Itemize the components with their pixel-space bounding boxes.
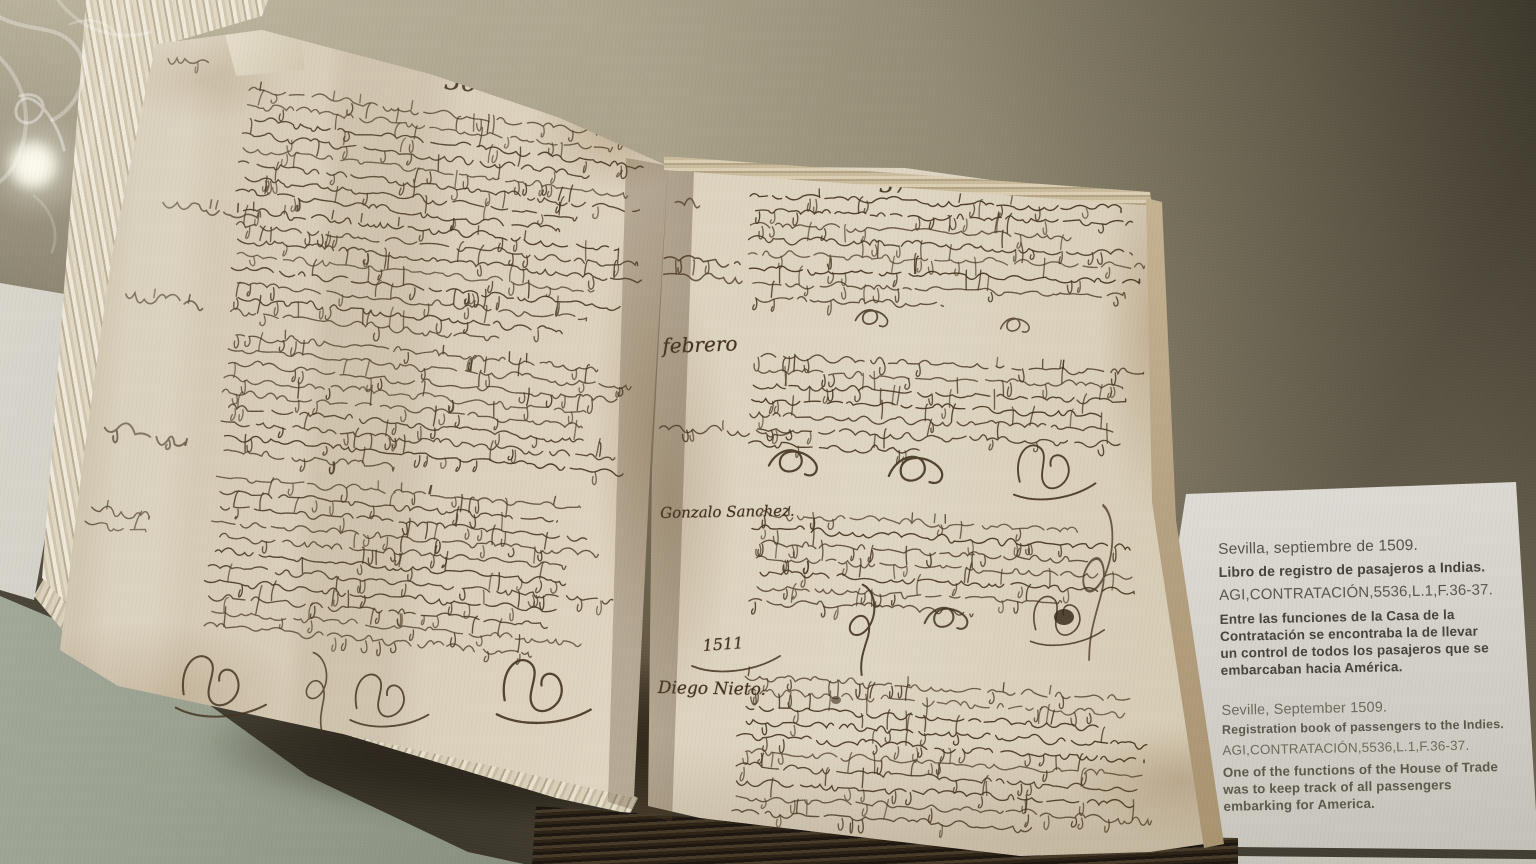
photo-grain xyxy=(0,0,1536,864)
museum-display-photo: Sevilla, septiembre de 1509. Libro de re… xyxy=(0,0,1536,864)
